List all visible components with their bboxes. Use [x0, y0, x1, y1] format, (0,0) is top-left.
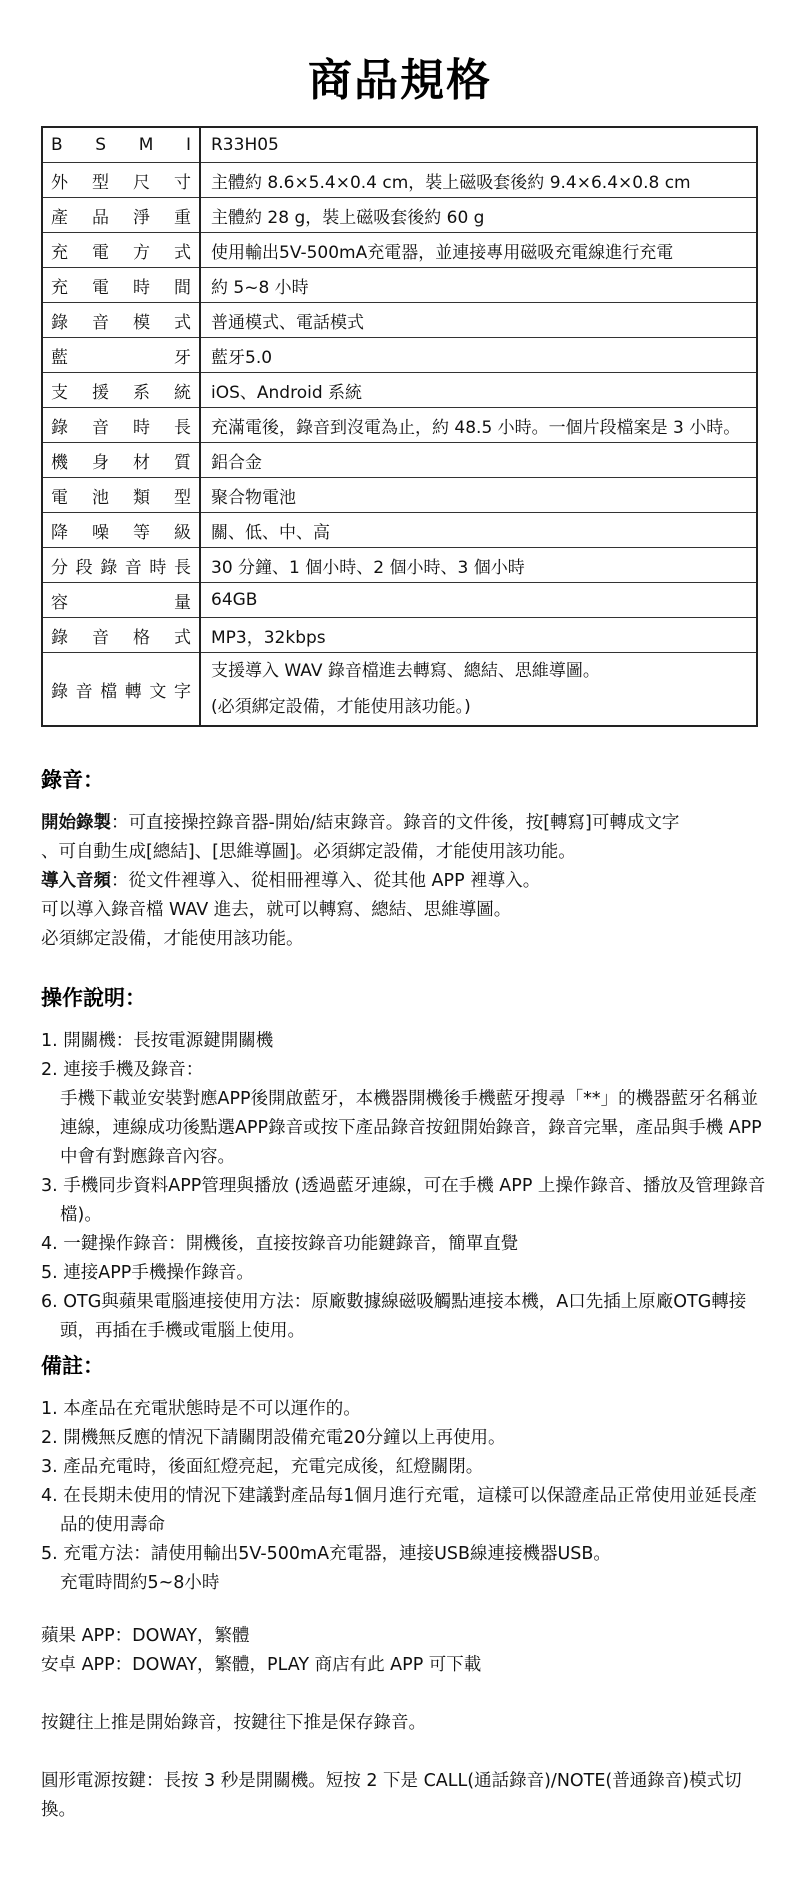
spec-value: 支援導入 WAV 錄音檔進去轉寫、總結、思維導圖。 (必須綁定設備，才能使用該功… [200, 653, 757, 727]
spec-row-battery-type: 電 池 類 型 聚合物電池 [42, 478, 757, 513]
operation-item: 2. 連接手機及錄音： [41, 1056, 771, 1085]
spec-row-segment-duration: 分 段 錄 音 時 長 30 分鐘、1 個小時、2 個小時、3 個小時 [42, 548, 757, 583]
notes-item: 3. 產品充電時，後面紅燈亮起，充電完成後，紅燈關閉。 [41, 1453, 771, 1482]
spec-row-recording-duration: 錄 音 時 長 充滿電後，錄音到沒電為止，約 48.5 小時。一個片段檔案是 3… [42, 408, 757, 443]
spec-label: 電 池 類 型 [42, 478, 200, 513]
notes-item: 2. 開機無反應的情況下請關閉設備充電20分鐘以上再使用。 [41, 1424, 771, 1453]
spec-value: 普通模式、電話模式 [200, 303, 757, 338]
spec-value: MP3，32kbps [200, 618, 757, 653]
spec-row-material: 機 身 材 質 鋁合金 [42, 443, 757, 478]
spec-label: 藍 牙 [42, 338, 200, 373]
spec-label: 降 噪 等 級 [42, 513, 200, 548]
start-text-cont: 、可自動生成[總結]、[思維導圖]。必須綁定設備，才能使用該功能。 [41, 838, 771, 867]
spec-row-capacity: 容 量 64GB [42, 583, 757, 618]
operation-item: 5. 連接APP手機操作錄音。 [41, 1259, 771, 1288]
operation-item-detail: 手機下載並安裝對應APP後開啟藍牙，本機器開機後手機藍牙搜尋「**」的機器藍牙名… [41, 1085, 771, 1172]
push-button-line: 按鍵往上推是開始錄音，按鍵往下推是保存錄音。 [41, 1709, 771, 1738]
operation-item: 1. 開關機：長按電源鍵開關機 [41, 1027, 771, 1056]
spec-value: 主體約 28 g，裝上磁吸套後約 60 g [200, 198, 757, 233]
spec-value: 約 5~8 小時 [200, 268, 757, 303]
spec-value: 30 分鐘、1 個小時、2 個小時、3 個小時 [200, 548, 757, 583]
spec-label: 容 量 [42, 583, 200, 618]
recording-import-paragraph: 導入音頻：從文件裡導入、從相冊裡導入、從其他 APP 裡導入。 [41, 867, 771, 896]
spec-row-dimensions: 外 型 尺 寸 主體約 8.6×5.4×0.4 cm，裝上磁吸套後約 9.4×6… [42, 163, 757, 198]
spec-label: 充 電 方 式 [42, 233, 200, 268]
spec-label: 充 電 時 間 [42, 268, 200, 303]
spec-row-noise-reduction: 降 噪 等 級 關、低、中、高 [42, 513, 757, 548]
spec-value-line: 支援導入 WAV 錄音檔進去轉寫、總結、思維導圖。 [211, 653, 748, 689]
spec-label: 錄 音 時 長 [42, 408, 200, 443]
import-text: ：從文件裡導入、從相冊裡導入、從其他 APP 裡導入。 [111, 871, 540, 891]
spec-label: 錄 音 模 式 [42, 303, 200, 338]
operation-heading: 操作說明： [41, 984, 771, 1013]
spec-row-bsmi: B S M I R33H05 [42, 127, 757, 163]
wav-import-line: 可以導入錄音檔 WAV 進去，就可以轉寫、總結、思維導圖。 [41, 896, 771, 925]
spec-row-transcription: 錄 音 檔 轉 文 字 支援導入 WAV 錄音檔進去轉寫、總結、思維導圖。 (必… [42, 653, 757, 727]
spec-row-format: 錄 音 格 式 MP3，32kbps [42, 618, 757, 653]
notes-section: 備註： 1. 本產品在充電狀態時是不可以運作的。 2. 開機無反應的情況下請關閉… [41, 1352, 771, 1598]
spec-row-bluetooth: 藍 牙 藍牙5.0 [42, 338, 757, 373]
android-app-line: 安卓 APP：DOWAY，繁體，PLAY 商店有此 APP 可下載 [41, 1651, 771, 1680]
notes-item-detail: 充電時間約5~8小時 [41, 1569, 771, 1598]
recording-heading: 錄音： [41, 766, 771, 795]
spec-label: 支 援 系 統 [42, 373, 200, 408]
spec-value: 鋁合金 [200, 443, 757, 478]
operation-item: 4. 一鍵操作錄音：開機後，直接按錄音功能鍵錄音，簡單直覺 [41, 1230, 771, 1259]
spec-value: iOS、Android 系統 [200, 373, 757, 408]
operation-section: 操作說明： 1. 開關機：長按電源鍵開關機 2. 連接手機及錄音： 手機下載並安… [41, 984, 771, 1346]
spec-row-charging-method: 充 電 方 式 使用輸出5V-500mA充電器，並連接專用磁吸充電線進行充電 [42, 233, 757, 268]
apple-app-line: 蘋果 APP：DOWAY，繁體 [41, 1622, 771, 1651]
notes-heading: 備註： [41, 1352, 771, 1381]
bind-device-line: 必須綁定設備，才能使用該功能。 [41, 925, 771, 954]
spec-table: B S M I R33H05 外 型 尺 寸 主體約 8.6×5.4×0.4 c… [41, 126, 758, 727]
spec-row-charging-time: 充 電 時 間 約 5~8 小時 [42, 268, 757, 303]
spec-row-supported-systems: 支 援 系 統 iOS、Android 系統 [42, 373, 757, 408]
spec-label: 錄 音 檔 轉 文 字 [42, 653, 200, 727]
start-text: ：可直接操控錄音器-開始/結束錄音。錄音的文件後，按[轉寫]可轉成文字 [111, 813, 679, 833]
spec-label: 機 身 材 質 [42, 443, 200, 478]
notes-item: 4. 在長期未使用的情況下建議對產品每1個月進行充電，這樣可以保證產品正常使用並… [41, 1482, 771, 1540]
notes-item: 1. 本產品在充電狀態時是不可以運作的。 [41, 1395, 771, 1424]
recording-start-paragraph: 開始錄製：可直接操控錄音器-開始/結束錄音。錄音的文件後，按[轉寫]可轉成文字 [41, 809, 771, 838]
spec-value: 關、低、中、高 [200, 513, 757, 548]
page-title: 商品規格 [0, 44, 800, 108]
apps-section: 蘋果 APP：DOWAY，繁體 安卓 APP：DOWAY，繁體，PLAY 商店有… [41, 1622, 771, 1825]
spec-label: 分 段 錄 音 時 長 [42, 548, 200, 583]
spec-value: 64GB [200, 583, 757, 618]
power-button-line: 圓形電源按鍵：長按 3 秒是開關機。短按 2 下是 CALL(通話錄音)/NOT… [41, 1767, 771, 1825]
notes-item: 5. 充電方法：請使用輸出5V-500mA充電器，連接USB線連接機器USB。 [41, 1540, 771, 1569]
spec-value-line: (必須綁定設備，才能使用該功能。) [211, 689, 748, 725]
recording-section: 錄音： 開始錄製：可直接操控錄音器-開始/結束錄音。錄音的文件後，按[轉寫]可轉… [41, 766, 771, 954]
import-label: 導入音頻 [41, 871, 111, 891]
spec-value: 主體約 8.6×5.4×0.4 cm，裝上磁吸套後約 9.4×6.4×0.8 c… [200, 163, 757, 198]
spec-value: 充滿電後，錄音到沒電為止，約 48.5 小時。一個片段檔案是 3 小時。 [200, 408, 757, 443]
spec-value: 聚合物電池 [200, 478, 757, 513]
start-label: 開始錄製 [41, 813, 111, 833]
spec-value: R33H05 [200, 127, 757, 163]
spec-row-recording-mode: 錄 音 模 式 普通模式、電話模式 [42, 303, 757, 338]
spec-row-weight: 產 品 淨 重 主體約 28 g，裝上磁吸套後約 60 g [42, 198, 757, 233]
spec-label: 產 品 淨 重 [42, 198, 200, 233]
operation-item: 3. 手機同步資料APP管理與播放 (透過藍牙連線，可在手機 APP 上操作錄音… [41, 1172, 771, 1230]
spec-label: B S M I [42, 127, 200, 163]
spec-value: 藍牙5.0 [200, 338, 757, 373]
spec-label: 外 型 尺 寸 [42, 163, 200, 198]
spec-label: 錄 音 格 式 [42, 618, 200, 653]
spec-value: 使用輸出5V-500mA充電器，並連接專用磁吸充電線進行充電 [200, 233, 757, 268]
operation-item: 6. OTG與蘋果電腦連接使用方法：原廠數據線磁吸觸點連接本機，A口先插上原廠O… [41, 1288, 771, 1346]
